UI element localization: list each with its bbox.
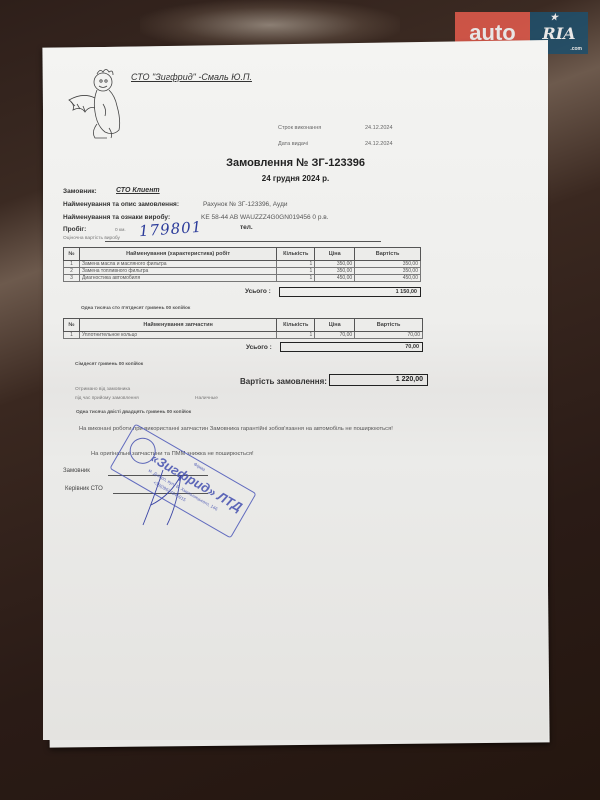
row-price: 350,00 — [315, 261, 355, 268]
row-name: Замена масла и масляного фильтра — [79, 261, 276, 268]
company-name: СТО "Зигфрид" -Смаль Ю.П. — [131, 72, 252, 82]
works-col-amount: Вартість — [355, 248, 421, 261]
row-amount: 450,00 — [355, 275, 421, 282]
parts-total-label: Усього : — [246, 344, 272, 351]
works-col-qty: Кількість — [277, 248, 315, 261]
parts-table: № Найменування запчастин Кількість Ціна … — [63, 318, 423, 339]
row-amount: 70,00 — [355, 332, 423, 339]
parts-total-value: 70,00 — [280, 342, 423, 352]
works-table: № Найменування (характеристика) робіт Кі… — [63, 247, 421, 282]
parts-col-num: № — [64, 319, 80, 332]
row-name: Диагностика автомобиля — [79, 275, 276, 282]
order-cost-words: Одна тисяча двісті двадцять гривень 00 к… — [76, 410, 191, 415]
star-icon: ★ — [550, 13, 558, 23]
works-col-price: Ціна — [315, 248, 355, 261]
row-name: Уплотнительное кольцо — [79, 332, 276, 339]
parts-total-words: Сімдесят гривень 00 копійок — [75, 362, 143, 367]
background-glare — [140, 0, 400, 50]
parts-col-qty: Кількість — [277, 319, 315, 332]
row-qty: 1 — [277, 268, 315, 275]
parts-col-name: Найменування запчастин — [79, 319, 276, 332]
deadline-label: Строк виконання — [278, 125, 321, 131]
issue-date-label: Дата видачі — [278, 141, 308, 147]
parts-col-price: Ціна — [315, 319, 355, 332]
table-row: 1 Уплотнительное кольцо 1 70,00 70,00 — [64, 332, 423, 339]
watermark-com: .com — [570, 46, 582, 52]
warranty-note: На виконані роботи при використанні запч… — [79, 425, 409, 433]
product-value: KE 58-44 AB WAUZZZ4G0GN019456 0 р.в. — [201, 214, 329, 221]
estimate-line — [105, 241, 381, 242]
product-label: Найменування та ознаки виробу: — [63, 214, 170, 221]
row-price: 70,00 — [315, 332, 355, 339]
order-title: Замовлення № ЗГ-123396 — [43, 157, 548, 169]
deadline-value: 24.12.2024 — [365, 125, 393, 131]
watermark-ria-text: RIA — [542, 24, 575, 43]
payment-type: Наличные — [195, 396, 218, 401]
row-num: 3 — [64, 275, 80, 282]
order-cost-label: Вартість замовлення: — [240, 377, 327, 386]
row-qty: 1 — [277, 332, 315, 339]
works-total-value: 1 150,00 — [279, 287, 421, 297]
customer-value: СТО Клиент — [116, 187, 160, 194]
works-total-words: Одна тисяча сто п'ятдесят гривень 00 коп… — [81, 306, 190, 311]
document-page: СТО "Зигфрид" -Смаль Ю.П. Строк виконанн… — [43, 40, 548, 740]
row-num: 1 — [64, 261, 80, 268]
row-name: Замена топливного фильтра — [79, 268, 276, 275]
table-row: 2 Замена топливного фильтра 1 350,00 350… — [64, 268, 421, 275]
mileage-label: Пробіг: — [63, 226, 86, 233]
received-line-1: Отримано від замовника — [75, 387, 130, 392]
row-qty: 1 — [277, 261, 315, 268]
works-col-num: № — [64, 248, 80, 261]
received-line-2: під час прийому замовлення — [75, 396, 139, 401]
row-price: 450,00 — [315, 275, 355, 282]
description-label: Найменування та опис замовлення: — [63, 201, 179, 208]
phone-label: тел. — [240, 224, 253, 231]
row-num: 2 — [64, 268, 80, 275]
description-value: Рахунок № ЗГ-123396, Ауди — [203, 201, 288, 208]
table-row: 1 Замена масла и масляного фильтра 1 350… — [64, 261, 421, 268]
parts-header-row: № Найменування запчастин Кількість Ціна … — [64, 319, 423, 332]
works-total-label: Усього : — [245, 288, 271, 295]
works-col-name: Найменування (характеристика) робіт — [79, 248, 276, 261]
parts-col-amount: Вартість — [355, 319, 423, 332]
row-price: 350,00 — [315, 268, 355, 275]
order-cost-value: 1 220,00 — [329, 374, 428, 386]
row-num: 1 — [64, 332, 80, 339]
customer-signature-label: Замовник — [63, 468, 90, 474]
mileage-handwritten: 179801 — [138, 218, 202, 240]
row-amount: 350,00 — [355, 261, 421, 268]
row-amount: 350,00 — [355, 268, 421, 275]
row-qty: 1 — [277, 275, 315, 282]
mileage-unit: 0 км. — [115, 228, 126, 233]
manager-signature-label: Керівник СТО — [65, 486, 103, 492]
works-header-row: № Найменування (характеристика) робіт Кі… — [64, 248, 421, 261]
customer-label: Замовник: — [63, 188, 97, 195]
dragon-logo-icon — [65, 64, 123, 144]
stamp-type: Фірма — [193, 462, 206, 473]
order-date: 24 грудня 2024 р. — [43, 174, 548, 183]
issue-date-value: 24.12.2024 — [365, 141, 393, 147]
table-row: 3 Диагностика автомобиля 1 450,00 450,00 — [64, 275, 421, 282]
